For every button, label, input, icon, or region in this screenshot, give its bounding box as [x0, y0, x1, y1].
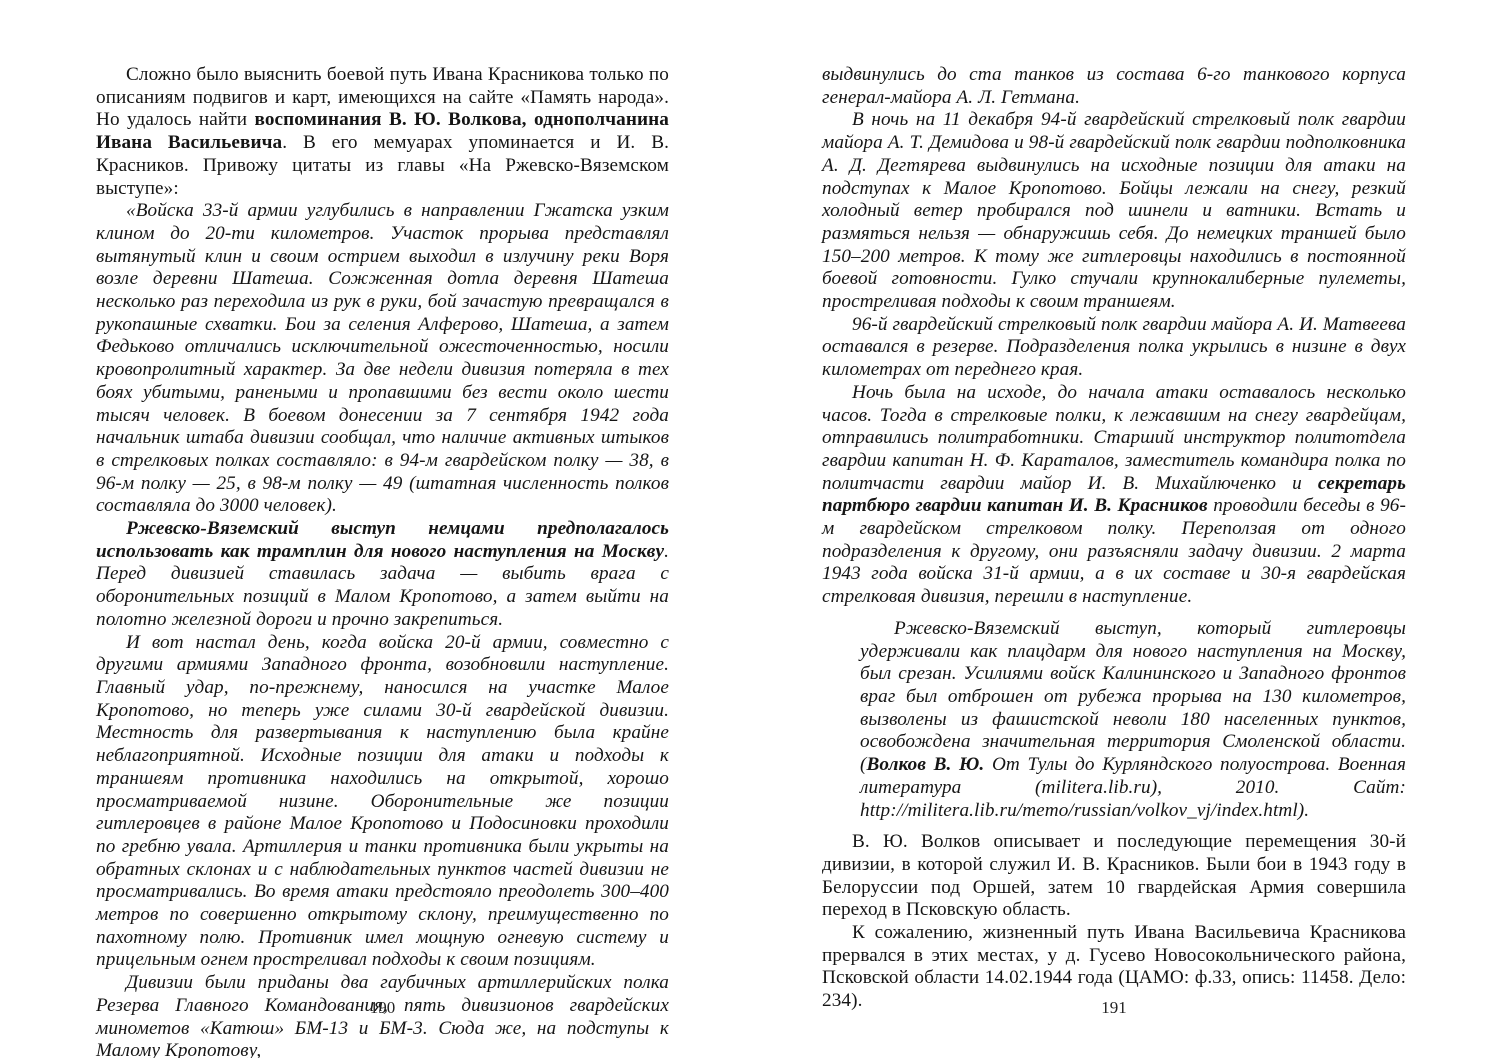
- page-right-text: выдвинулись до ста танков из состава 6-г…: [822, 64, 1406, 1013]
- paragraph: Ржевско-Вяземский выступ, который гитлер…: [860, 618, 1406, 822]
- text-run: В ночь на 11 декабря 94-й гвардейский ст…: [822, 109, 1406, 312]
- text-run: 96-й гвардейский стрелковый полк гвардии…: [822, 314, 1406, 380]
- page-left-text: Сложно было выяснить боевой путь Ивана К…: [96, 64, 669, 1058]
- paragraph: Ночь была на исходе, до начала атаки ост…: [822, 382, 1406, 609]
- paragraph: «Войска 33-й армии углубились в направле…: [96, 200, 669, 518]
- text-run: Ржевско-Вяземский выступ немцами предпол…: [96, 518, 669, 562]
- paragraph: В. Ю. Волков описывает и последующие пер…: [822, 831, 1406, 922]
- page-right-number: 191: [822, 998, 1406, 1018]
- paragraph: Ржевско-Вяземский выступ немцами предпол…: [96, 518, 669, 632]
- paragraph: Сложно было выяснить боевой путь Ивана К…: [96, 64, 669, 200]
- text-run: Ржевско-Вяземский выступ, который гитлер…: [860, 618, 1406, 775]
- paragraph: 96-й гвардейский стрелковый полк гвардии…: [822, 314, 1406, 382]
- page-left-number: 190: [96, 998, 669, 1018]
- page-right: выдвинулись до ста танков из состава 6-г…: [822, 64, 1406, 1044]
- text-run: Волков В. Ю.: [867, 754, 985, 775]
- paragraph: В ночь на 11 декабря 94-й гвардейский ст…: [822, 109, 1406, 313]
- text-run: «Войска 33-й армии углубились в направле…: [96, 200, 669, 516]
- page-left: Сложно было выяснить боевой путь Ивана К…: [96, 64, 669, 1044]
- text-run: выдвинулись до ста танков из состава 6-г…: [822, 64, 1406, 108]
- paragraph: выдвинулись до ста танков из состава 6-г…: [822, 64, 1406, 109]
- paragraph: И вот настал день, когда войска 20-й арм…: [96, 632, 669, 973]
- text-run: И вот настал день, когда войска 20-й арм…: [96, 632, 669, 971]
- text-run: В. Ю. Волков описывает и последующие пер…: [822, 831, 1406, 920]
- book-spread: { "pages": [ { "number": "190", "paragra…: [0, 0, 1492, 1058]
